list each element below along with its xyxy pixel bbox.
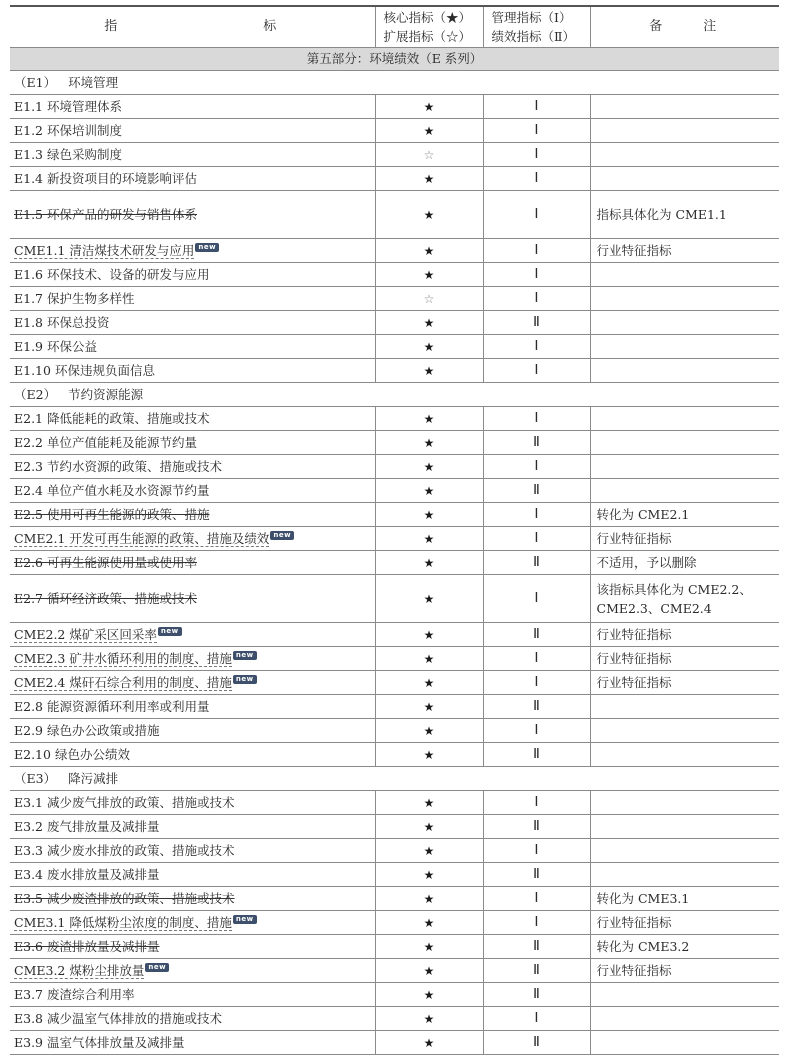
type-cell: Ⅱ — [483, 863, 590, 887]
note-cell: 行业特征指标 — [590, 647, 779, 671]
indicator-text: E2.9 绿色办公政策或措施 — [14, 723, 160, 738]
indicator-id: E2.5 — [14, 507, 43, 522]
type-cell: Ⅰ — [483, 239, 590, 263]
table-row: E3.1 减少废气排放的政策、措施或技术★Ⅰ — [10, 791, 779, 815]
table-row: E2.2 单位产值能耗及能源节约量★Ⅱ — [10, 431, 779, 455]
performance-type-label: Ⅱ — [533, 867, 540, 882]
management-type-label: Ⅰ — [534, 675, 538, 690]
note-cell: 行业特征指标 — [590, 623, 779, 647]
core-cell: ★ — [375, 935, 483, 959]
indicator-name: 减少废气排放的政策、措施或技术 — [47, 795, 235, 810]
filled-star-icon: ★ — [424, 556, 435, 570]
header-core-label: 核心指标（★） — [384, 8, 479, 27]
performance-type-label: Ⅱ — [533, 819, 540, 834]
table-row: E3.4 废水排放量及减排量★Ⅱ — [10, 863, 779, 887]
indicator-name: 降低煤粉尘浓度的制度、措施 — [69, 915, 232, 930]
indicator-id: E2.10 — [14, 747, 51, 762]
indicator-name: 绿色办公绩效 — [55, 747, 130, 762]
indicator-cell: CME2.4 煤矸石综合利用的制度、措施new — [10, 671, 375, 695]
type-cell: Ⅱ — [483, 311, 590, 335]
type-cell: Ⅱ — [483, 479, 590, 503]
management-type-label: Ⅰ — [534, 843, 538, 858]
section-header-row: （E2）节约资源能源 — [10, 383, 779, 407]
indicator-text: E1.7 保护生物多样性 — [14, 291, 135, 306]
core-cell: ★ — [375, 695, 483, 719]
header-core-extended: 核心指标（★） 扩展指标（☆） — [375, 6, 483, 48]
indicator-cell: E1.4 新投资项目的环境影响评估 — [10, 167, 375, 191]
struck-indicator-text: E1.5 环保产品的研发与销售体系 — [14, 207, 197, 222]
management-type-label: Ⅰ — [534, 591, 538, 606]
note-cell — [590, 407, 779, 431]
indicator-cell: E2.5 使用可再生能源的政策、措施 — [10, 503, 375, 527]
indicator-cell: CME3.1 降低煤粉尘浓度的制度、措施new — [10, 911, 375, 935]
management-type-label: Ⅰ — [534, 99, 538, 114]
indicator-cell: E2.7 循环经济政策、措施或技术 — [10, 575, 375, 623]
indicator-name: 废气排放量及减排量 — [47, 819, 160, 834]
core-cell: ★ — [375, 455, 483, 479]
table-row: CME1.1 清洁煤技术研发与应用new★Ⅰ行业特征指标 — [10, 239, 779, 263]
indicator-cell: E1.2 环保培训制度 — [10, 119, 375, 143]
core-cell: ★ — [375, 167, 483, 191]
table-row: E1.9 环保公益★Ⅰ — [10, 335, 779, 359]
filled-star-icon: ★ — [424, 508, 435, 522]
indicator-name: 能源资源循环利用率或利用量 — [47, 699, 210, 714]
note-cell: 行业特征指标 — [590, 671, 779, 695]
note-cell: 指标具体化为 CME1.1 — [590, 191, 779, 239]
indicator-cell: E1.8 环保总投资 — [10, 311, 375, 335]
type-cell: Ⅰ — [483, 119, 590, 143]
core-cell: ★ — [375, 335, 483, 359]
note-cell — [590, 839, 779, 863]
new-badge-icon: new — [145, 963, 169, 972]
table-row: CME2.3 矿井水循环利用的制度、措施new★Ⅰ行业特征指标 — [10, 647, 779, 671]
indicator-id: CME2.2 — [14, 627, 65, 642]
management-type-label: Ⅰ — [534, 651, 538, 666]
table-row: E2.5 使用可再生能源的政策、措施★Ⅰ转化为 CME2.1 — [10, 503, 779, 527]
core-cell: ★ — [375, 839, 483, 863]
indicator-id: E3.9 — [14, 1035, 43, 1050]
type-cell: Ⅱ — [483, 983, 590, 1007]
indicator-text: E1.1 环境管理体系 — [14, 99, 122, 114]
core-cell: ★ — [375, 479, 483, 503]
note-cell — [590, 1007, 779, 1031]
indicator-name: 环保违规负面信息 — [55, 363, 155, 378]
filled-star-icon: ★ — [424, 820, 435, 834]
table-row: E2.9 绿色办公政策或措施★Ⅰ — [10, 719, 779, 743]
core-cell: ★ — [375, 551, 483, 575]
table-row: E1.5 环保产品的研发与销售体系★Ⅰ指标具体化为 CME1.1 — [10, 191, 779, 239]
note-cell: 行业特征指标 — [590, 959, 779, 983]
indicator-name: 环保总投资 — [47, 315, 110, 330]
table-row: E1.3 绿色采购制度☆Ⅰ — [10, 143, 779, 167]
table-row: E3.5 减少废渣排放的政策、措施或技术★Ⅰ转化为 CME3.1 — [10, 887, 779, 911]
indicator-text: E1.9 环保公益 — [14, 339, 97, 354]
indicator-id: E2.1 — [14, 411, 43, 426]
indicator-id: E3.1 — [14, 795, 43, 810]
table-row: E1.8 环保总投资★Ⅱ — [10, 311, 779, 335]
section-header-row: （E3）降污减排 — [10, 767, 779, 791]
indicator-cell: E1.1 环境管理体系 — [10, 95, 375, 119]
note-cell — [590, 335, 779, 359]
indicator-id: CME2.3 — [14, 651, 65, 666]
type-cell: Ⅰ — [483, 527, 590, 551]
type-cell: Ⅱ — [483, 935, 590, 959]
indicator-id: E3.5 — [14, 891, 43, 906]
indicator-id: E2.2 — [14, 435, 43, 450]
performance-type-label: Ⅱ — [533, 483, 540, 498]
core-cell: ★ — [375, 863, 483, 887]
filled-star-icon: ★ — [424, 172, 435, 186]
core-cell: ★ — [375, 791, 483, 815]
performance-type-label: Ⅱ — [533, 699, 540, 714]
indicator-text: E3.3 减少废水排放的政策、措施或技术 — [14, 843, 235, 858]
indicator-name: 温室气体排放量及减排量 — [47, 1035, 185, 1050]
indicator-id: CME2.1 — [14, 531, 65, 546]
indicator-name: 循环经济政策、措施或技术 — [47, 591, 197, 606]
indicator-id: CME2.4 — [14, 675, 65, 690]
indicator-cell: E3.5 减少废渣排放的政策、措施或技术 — [10, 887, 375, 911]
indicator-name: 煤粉尘排放量 — [69, 963, 144, 978]
filled-star-icon: ★ — [424, 460, 435, 474]
type-cell: Ⅱ — [483, 1031, 590, 1055]
core-cell: ★ — [375, 623, 483, 647]
note-cell: 行业特征指标 — [590, 911, 779, 935]
indicator-id: E1.6 — [14, 267, 43, 282]
indicator-text: E2.8 能源资源循环利用率或利用量 — [14, 699, 210, 714]
indicator-id: E2.4 — [14, 483, 43, 498]
filled-star-icon: ★ — [424, 592, 435, 606]
indicator-text: E3.2 废气排放量及减排量 — [14, 819, 160, 834]
new-indicator-text: CME3.1 降低煤粉尘浓度的制度、措施 — [14, 915, 232, 931]
type-cell: Ⅰ — [483, 575, 590, 623]
table-row: E2.6 可再生能源使用量或使用率★Ⅱ不适用，予以删除 — [10, 551, 779, 575]
indicator-text: E3.8 减少温室气体排放的措施或技术 — [14, 1011, 222, 1026]
indicator-id: E3.6 — [14, 939, 43, 954]
note-cell: 转化为 CME3.2 — [590, 935, 779, 959]
core-cell: ★ — [375, 743, 483, 767]
indicator-name: 使用可再生能源的政策、措施 — [47, 507, 210, 522]
new-indicator-text: CME2.2 煤矿采区回采率 — [14, 627, 157, 643]
indicator-name: 矿井水循环利用的制度、措施 — [69, 651, 232, 666]
type-cell: Ⅱ — [483, 815, 590, 839]
section-header: （E3）降污减排 — [10, 767, 779, 791]
header-indicator: 指 标 — [10, 6, 375, 48]
struck-indicator-text: E2.7 循环经济政策、措施或技术 — [14, 591, 197, 606]
core-cell: ★ — [375, 983, 483, 1007]
section-code: （E3） — [14, 771, 56, 786]
core-cell: ★ — [375, 911, 483, 935]
filled-star-icon: ★ — [424, 208, 435, 222]
type-cell: Ⅰ — [483, 263, 590, 287]
document-page: 指 标 核心指标（★） 扩展指标（☆） 管理指标（Ⅰ） 绩效指标（Ⅱ） 备 注 … — [0, 0, 789, 1057]
performance-type-label: Ⅱ — [533, 315, 540, 330]
filled-star-icon: ★ — [424, 868, 435, 882]
filled-star-icon: ★ — [424, 316, 435, 330]
core-cell: ★ — [375, 407, 483, 431]
header-note: 备 注 — [590, 6, 779, 48]
indicator-name: 清洁煤技术研发与应用 — [69, 243, 194, 258]
management-type-label: Ⅰ — [534, 411, 538, 426]
table-row: E3.9 温室气体排放量及减排量★Ⅱ — [10, 1031, 779, 1055]
management-type-label: Ⅰ — [534, 291, 538, 306]
indicator-id: E1.10 — [14, 363, 51, 378]
indicator-name: 废水排放量及减排量 — [47, 867, 160, 882]
indicator-name: 废渣综合利用率 — [47, 987, 135, 1002]
management-type-label: Ⅰ — [534, 171, 538, 186]
filled-star-icon: ★ — [424, 340, 435, 354]
indicator-id: E1.4 — [14, 171, 43, 186]
core-cell: ★ — [375, 719, 483, 743]
filled-star-icon: ★ — [424, 412, 435, 426]
management-type-label: Ⅰ — [534, 147, 538, 162]
indicator-id: E1.1 — [14, 99, 43, 114]
filled-star-icon: ★ — [424, 964, 435, 978]
new-badge-icon: new — [195, 243, 219, 252]
core-cell: ★ — [375, 311, 483, 335]
indicator-id: E2.6 — [14, 555, 43, 570]
management-type-label: Ⅰ — [534, 531, 538, 546]
core-cell: ★ — [375, 1031, 483, 1055]
management-type-label: Ⅰ — [534, 207, 538, 222]
struck-indicator-text: E3.5 减少废渣排放的政策、措施或技术 — [14, 891, 235, 906]
header-management-performance: 管理指标（Ⅰ） 绩效指标（Ⅱ） — [483, 6, 590, 48]
note-cell — [590, 863, 779, 887]
filled-star-icon: ★ — [424, 1012, 435, 1026]
management-type-label: Ⅰ — [534, 123, 538, 138]
note-cell: 转化为 CME2.1 — [590, 503, 779, 527]
indicator-cell: E2.10 绿色办公绩效 — [10, 743, 375, 767]
filled-star-icon: ★ — [424, 988, 435, 1002]
performance-type-label: Ⅱ — [533, 627, 540, 642]
filled-star-icon: ★ — [424, 652, 435, 666]
note-cell — [590, 479, 779, 503]
indicator-cell: E3.7 废渣综合利用率 — [10, 983, 375, 1007]
note-cell — [590, 359, 779, 383]
indicator-text: E3.1 减少废气排放的政策、措施或技术 — [14, 795, 235, 810]
type-cell: Ⅰ — [483, 335, 590, 359]
indicator-id: E1.2 — [14, 123, 43, 138]
indicator-name: 环保培训制度 — [47, 123, 122, 138]
indicator-cell: E1.7 保护生物多样性 — [10, 287, 375, 311]
note-cell — [590, 263, 779, 287]
performance-type-label: Ⅱ — [533, 987, 540, 1002]
note-cell — [590, 95, 779, 119]
indicator-cell: E2.8 能源资源循环利用率或利用量 — [10, 695, 375, 719]
core-cell: ★ — [375, 671, 483, 695]
performance-type-label: Ⅱ — [533, 555, 540, 570]
type-cell: Ⅱ — [483, 623, 590, 647]
note-cell — [590, 983, 779, 1007]
note-cell — [590, 719, 779, 743]
indicator-name: 环保技术、设备的研发与应用 — [47, 267, 210, 282]
indicator-text: E2.3 节约水资源的政策、措施或技术 — [14, 459, 222, 474]
note-cell: 行业特征指标 — [590, 239, 779, 263]
type-cell: Ⅰ — [483, 911, 590, 935]
indicator-id: CME1.1 — [14, 243, 65, 258]
indicator-text: E3.7 废渣综合利用率 — [14, 987, 135, 1002]
type-cell: Ⅰ — [483, 359, 590, 383]
new-badge-icon: new — [233, 651, 257, 660]
header-management-label: 管理指标（Ⅰ） — [492, 8, 586, 27]
performance-type-label: Ⅱ — [533, 435, 540, 450]
table-row: E2.1 降低能耗的政策、措施或技术★Ⅰ — [10, 407, 779, 431]
core-cell: ★ — [375, 503, 483, 527]
table-row: E3.7 废渣综合利用率★Ⅱ — [10, 983, 779, 1007]
table-row: E2.7 循环经济政策、措施或技术★Ⅰ该指标具体化为 CME2.2、CME2.3… — [10, 575, 779, 623]
type-cell: Ⅰ — [483, 671, 590, 695]
hollow-star-icon: ☆ — [424, 148, 435, 162]
indicator-name: 废渣排放量及减排量 — [47, 939, 160, 954]
core-cell: ★ — [375, 887, 483, 911]
indicator-name: 减少温室气体排放的措施或技术 — [47, 1011, 222, 1026]
section-header: （E2）节约资源能源 — [10, 383, 779, 407]
filled-star-icon: ★ — [424, 796, 435, 810]
indicator-text: E1.2 环保培训制度 — [14, 123, 122, 138]
indicator-id: E1.7 — [14, 291, 43, 306]
indicator-cell: CME3.2 煤粉尘排放量new — [10, 959, 375, 983]
indicator-id: E2.8 — [14, 699, 43, 714]
indicator-name: 绿色采购制度 — [47, 147, 122, 162]
indicator-cell: E1.3 绿色采购制度 — [10, 143, 375, 167]
new-badge-icon: new — [270, 531, 294, 540]
indicator-id: E2.3 — [14, 459, 43, 474]
indicator-id: CME3.2 — [14, 963, 65, 978]
filled-star-icon: ★ — [424, 1036, 435, 1050]
new-indicator-text: CME1.1 清洁煤技术研发与应用 — [14, 243, 194, 259]
indicator-cell: E1.5 环保产品的研发与销售体系 — [10, 191, 375, 239]
type-cell: Ⅰ — [483, 407, 590, 431]
indicator-id: E3.4 — [14, 867, 43, 882]
indicator-name: 单位产值能耗及能源节约量 — [47, 435, 197, 450]
indicator-id: E3.2 — [14, 819, 43, 834]
indicator-name: 环保产品的研发与销售体系 — [47, 207, 197, 222]
indicator-cell: CME2.2 煤矿采区回采率new — [10, 623, 375, 647]
indicator-cell: E3.4 废水排放量及减排量 — [10, 863, 375, 887]
core-cell: ★ — [375, 527, 483, 551]
indicator-cell: CME2.1 开发可再生能源的政策、措施及绩效new — [10, 527, 375, 551]
filled-star-icon: ★ — [424, 676, 435, 690]
indicator-cell: E3.6 废渣排放量及减排量 — [10, 935, 375, 959]
indicator-text: E3.4 废水排放量及减排量 — [14, 867, 160, 882]
part-title-row: 第五部分：环境绩效（E 系列） — [10, 48, 779, 71]
note-cell — [590, 167, 779, 191]
note-cell — [590, 743, 779, 767]
note-cell — [590, 815, 779, 839]
header-extended-label: 扩展指标（☆） — [384, 27, 479, 46]
table-row: CME3.1 降低煤粉尘浓度的制度、措施new★Ⅰ行业特征指标 — [10, 911, 779, 935]
indicator-id: E3.7 — [14, 987, 43, 1002]
new-badge-icon: new — [158, 627, 182, 636]
table-row: E3.8 减少温室气体排放的措施或技术★Ⅰ — [10, 1007, 779, 1031]
struck-indicator-text: E2.6 可再生能源使用量或使用率 — [14, 555, 197, 570]
type-cell: Ⅰ — [483, 887, 590, 911]
table-row: E1.7 保护生物多样性☆Ⅰ — [10, 287, 779, 311]
indicator-name: 可再生能源使用量或使用率 — [47, 555, 197, 570]
table-row: E1.6 环保技术、设备的研发与应用★Ⅰ — [10, 263, 779, 287]
new-indicator-text: CME2.1 开发可再生能源的政策、措施及绩效 — [14, 531, 269, 547]
table-row: E1.1 环境管理体系★Ⅰ — [10, 95, 779, 119]
filled-star-icon: ★ — [424, 700, 435, 714]
core-cell: ★ — [375, 647, 483, 671]
section-title: 节约资源能源 — [68, 387, 143, 402]
note-cell: 不适用，予以删除 — [590, 551, 779, 575]
filled-star-icon: ★ — [424, 940, 435, 954]
indicator-name: 环境管理体系 — [47, 99, 122, 114]
core-cell: ☆ — [375, 287, 483, 311]
filled-star-icon: ★ — [424, 916, 435, 930]
indicator-name: 煤矸石综合利用的制度、措施 — [69, 675, 232, 690]
indicator-text: E2.2 单位产值能耗及能源节约量 — [14, 435, 197, 450]
note-cell — [590, 311, 779, 335]
note-cell: 行业特征指标 — [590, 527, 779, 551]
filled-star-icon: ★ — [424, 244, 435, 258]
note-cell — [590, 1031, 779, 1055]
management-type-label: Ⅰ — [534, 723, 538, 738]
management-type-label: Ⅰ — [534, 339, 538, 354]
management-type-label: Ⅰ — [534, 891, 538, 906]
indicator-cell: E1.9 环保公益 — [10, 335, 375, 359]
table-row: E2.3 节约水资源的政策、措施或技术★Ⅰ — [10, 455, 779, 479]
section-title: 降污减排 — [68, 771, 118, 786]
core-cell: ★ — [375, 815, 483, 839]
table-row: E2.10 绿色办公绩效★Ⅱ — [10, 743, 779, 767]
filled-star-icon: ★ — [424, 628, 435, 642]
indicator-name: 减少废水排放的政策、措施或技术 — [47, 843, 235, 858]
core-cell: ★ — [375, 95, 483, 119]
management-type-label: Ⅰ — [534, 363, 538, 378]
table-row: E3.3 减少废水排放的政策、措施或技术★Ⅰ — [10, 839, 779, 863]
indicator-name: 新投资项目的环境影响评估 — [47, 171, 197, 186]
filled-star-icon: ★ — [424, 364, 435, 378]
indicator-cell: CME2.3 矿井水循环利用的制度、措施new — [10, 647, 375, 671]
note-cell: 该指标具体化为 CME2.2、CME2.3、CME2.4 — [590, 575, 779, 623]
indicator-id: E2.9 — [14, 723, 43, 738]
header-performance-label: 绩效指标（Ⅱ） — [492, 27, 586, 46]
indicator-cell: E1.10 环保违规负面信息 — [10, 359, 375, 383]
core-cell: ☆ — [375, 143, 483, 167]
type-cell: Ⅱ — [483, 959, 590, 983]
indicator-cell: E3.3 减少废水排放的政策、措施或技术 — [10, 839, 375, 863]
type-cell: Ⅰ — [483, 791, 590, 815]
indicator-name: 绿色办公政策或措施 — [47, 723, 160, 738]
filled-star-icon: ★ — [424, 844, 435, 858]
new-indicator-text: CME2.4 煤矸石综合利用的制度、措施 — [14, 675, 232, 691]
indicator-name: 单位产值水耗及水资源节约量 — [47, 483, 210, 498]
note-cell — [590, 695, 779, 719]
management-type-label: Ⅰ — [534, 1011, 538, 1026]
indicator-name: 降低能耗的政策、措施或技术 — [47, 411, 210, 426]
table-row: E1.2 环保培训制度★Ⅰ — [10, 119, 779, 143]
indicator-text: E1.3 绿色采购制度 — [14, 147, 122, 162]
indicator-id: E1.3 — [14, 147, 43, 162]
indicator-name: 煤矿采区回采率 — [69, 627, 157, 642]
new-badge-icon: new — [233, 915, 257, 924]
indicator-cell: E3.2 废气排放量及减排量 — [10, 815, 375, 839]
core-cell: ★ — [375, 1007, 483, 1031]
note-cell: 转化为 CME3.1 — [590, 887, 779, 911]
indicator-cell: E2.6 可再生能源使用量或使用率 — [10, 551, 375, 575]
type-cell: Ⅰ — [483, 839, 590, 863]
filled-star-icon: ★ — [424, 484, 435, 498]
new-indicator-text: CME3.2 煤粉尘排放量 — [14, 963, 144, 979]
table-body: （E1）环境管理E1.1 环境管理体系★ⅠE1.2 环保培训制度★ⅠE1.3 绿… — [10, 71, 779, 1055]
core-cell: ★ — [375, 263, 483, 287]
type-cell: Ⅰ — [483, 167, 590, 191]
management-type-label: Ⅰ — [534, 915, 538, 930]
indicator-cell: CME1.1 清洁煤技术研发与应用new — [10, 239, 375, 263]
type-cell: Ⅱ — [483, 431, 590, 455]
filled-star-icon: ★ — [424, 892, 435, 906]
